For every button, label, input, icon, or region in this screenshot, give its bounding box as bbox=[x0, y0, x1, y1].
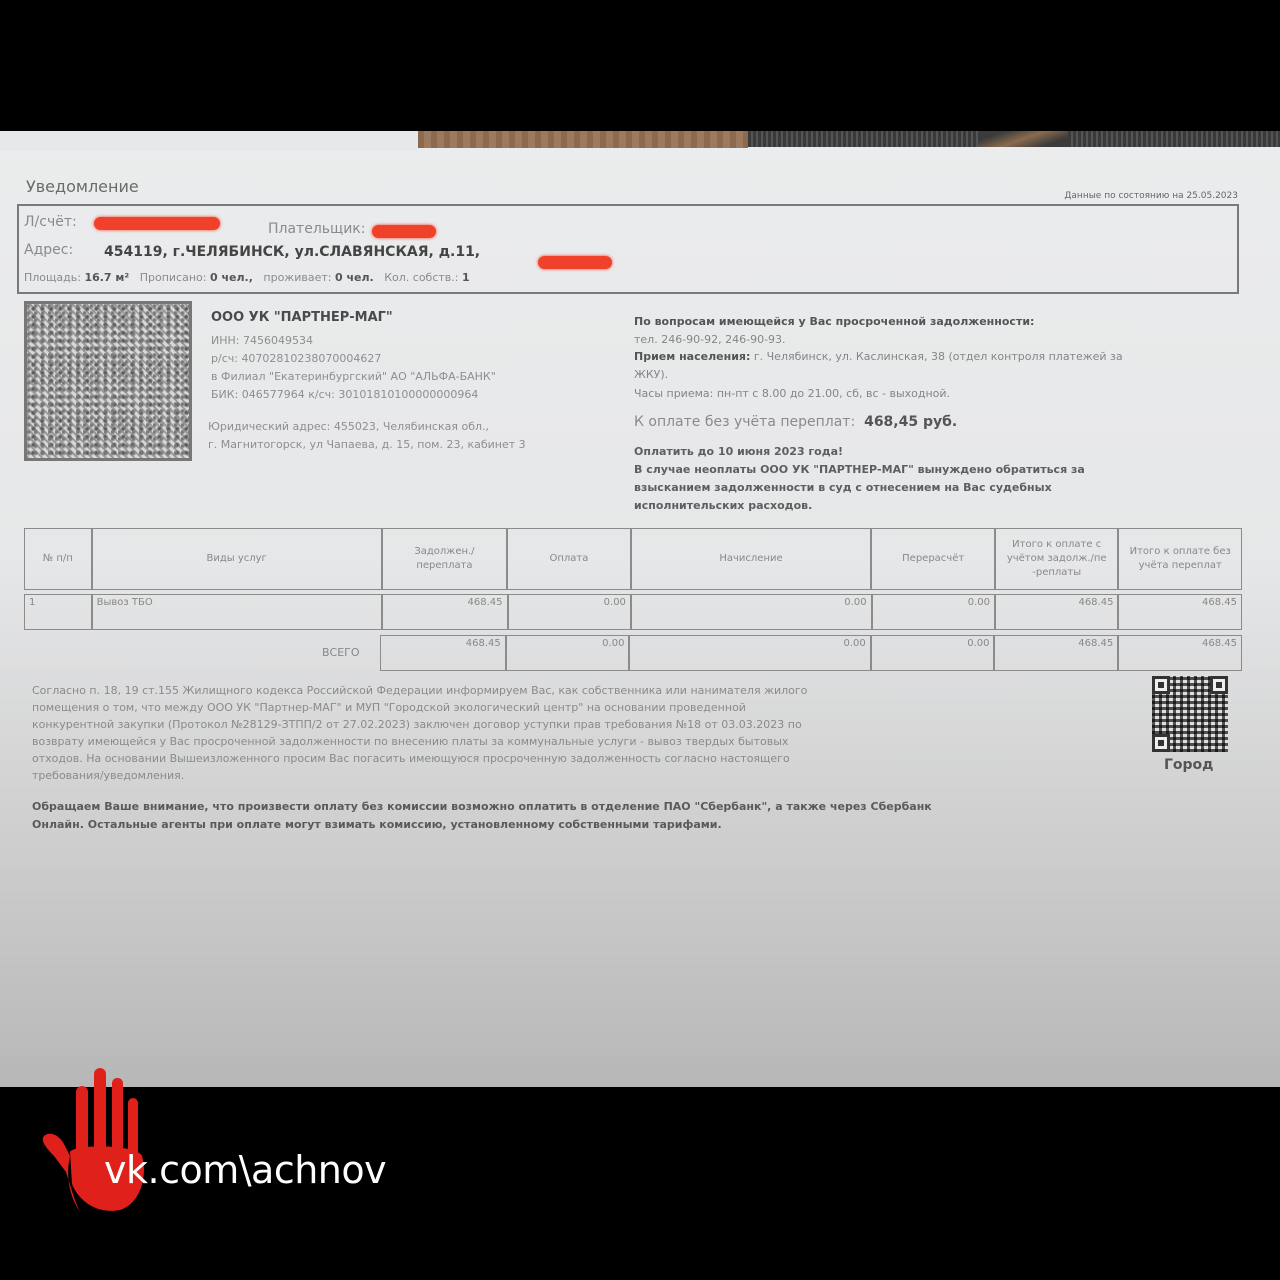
warning-line-1: В случае неоплаты ООО УК "ПАРТНЕР-МАГ" в… bbox=[634, 461, 1085, 479]
registered-label: Прописано: bbox=[140, 271, 207, 284]
watermark-link[interactable]: vk.com\achnov bbox=[104, 1148, 386, 1192]
total-with-debt: 468.45 bbox=[994, 635, 1118, 671]
reception-value: г. Челябинск, ул. Каслинская, 38 (отдел … bbox=[754, 350, 1123, 363]
note-line: Обращаем Ваше внимание, что произвести о… bbox=[32, 798, 1182, 816]
total-accrual: 0.00 bbox=[629, 635, 870, 671]
area-label: Площадь: bbox=[24, 271, 81, 284]
legal-line: Согласно п. 18, 19 ст.155 Жилищного коде… bbox=[32, 682, 1002, 699]
data-date: Данные по состоянию на 25.05.2023 bbox=[1064, 191, 1238, 201]
legal-notice: Согласно п. 18, 19 ст.155 Жилищного коде… bbox=[32, 682, 1002, 784]
area-value: 16.7 м² bbox=[84, 271, 129, 284]
owners-value: 1 bbox=[462, 271, 470, 284]
contact-phones: тел. 246-90-92, 246-90-93. bbox=[634, 332, 786, 347]
redacted-payer bbox=[372, 225, 436, 238]
total-without-overpay: 468.45 bbox=[1118, 635, 1242, 671]
legal-line: отходов. На основании Вышеизложенного пр… bbox=[32, 750, 1002, 767]
legal-line: конкурентной закупки (Протокол №28129-ЗТ… bbox=[32, 716, 1002, 733]
living-label: проживает: bbox=[263, 271, 331, 284]
cell-number: 1 bbox=[24, 594, 92, 630]
cell-service: Вывоз ТБО bbox=[92, 594, 382, 630]
cell-total-with-debt: 468.45 bbox=[995, 594, 1118, 630]
legal-address-2: г. Магнитогорск, ул Чапаева, д. 15, пом.… bbox=[208, 437, 526, 453]
reception-value-2: ЖКУ). bbox=[634, 367, 668, 382]
company-inn: ИНН: 7456049534 bbox=[211, 333, 313, 349]
amount-row: К оплате без учёта переплат: 468,45 руб. bbox=[634, 414, 957, 430]
col-total-with-debt: Итого к оплате с учётом задолж./пе -репл… bbox=[995, 528, 1118, 590]
cell-payment: 0.00 bbox=[508, 594, 631, 630]
warning-line-2: взысканием задолженности в суд с отнесен… bbox=[634, 479, 1052, 497]
living-value: 0 чел. bbox=[335, 271, 374, 284]
paper-edge bbox=[0, 131, 418, 151]
cell-debt: 468.45 bbox=[382, 594, 507, 630]
total-payment: 0.00 bbox=[506, 635, 630, 671]
col-recalc: Перерасчёт bbox=[871, 528, 995, 590]
reception-row: Прием населения: г. Челябинск, ул. Касли… bbox=[634, 349, 1123, 364]
commission-note: Обращаем Ваше внимание, что произвести о… bbox=[32, 798, 1182, 834]
reception-hours: Часы приема: пн-пт с 8.00 до 21.00, сб, … bbox=[634, 386, 950, 401]
company-name: ООО УК "ПАРТНЕР-МАГ" bbox=[211, 310, 393, 325]
col-accrual: Начисление bbox=[631, 528, 872, 590]
col-number: № п/п bbox=[24, 528, 92, 590]
account-label: Л/счёт: bbox=[24, 214, 77, 230]
legal-line: помещения о том, что между ООО УК "Партн… bbox=[32, 699, 1002, 716]
legal-line: возврату имеющейся у Вас просроченной за… bbox=[32, 733, 1002, 750]
amount-label: К оплате без учёта переплат: bbox=[634, 414, 855, 430]
total-debt: 468.45 bbox=[380, 635, 506, 671]
address-value: 454119, г.ЧЕЛЯБИНСК, ул.СЛАВЯНСКАЯ, д.11… bbox=[104, 244, 480, 260]
owners-label: Кол. собств.: bbox=[384, 271, 458, 284]
charges-table-body: 1 Вывоз ТБО 468.45 0.00 0.00 0.00 468.45… bbox=[24, 594, 1242, 630]
cell-total-without-overpay: 468.45 bbox=[1118, 594, 1242, 630]
payer-label: Плательщик: bbox=[268, 221, 365, 237]
charges-table-header: № п/п Виды услуг Задолжен./ переплата Оп… bbox=[24, 528, 1242, 590]
cell-accrual: 0.00 bbox=[631, 594, 872, 630]
document-photo: Уведомление Данные по состоянию на 25.05… bbox=[0, 131, 1280, 1087]
city-qr-code bbox=[1152, 676, 1228, 752]
wood-background bbox=[418, 131, 748, 148]
company-account: р/сч: 40702810238070004627 bbox=[211, 351, 381, 367]
company-bik: БИК: 046577964 к/сч: 3010181010000000096… bbox=[211, 387, 478, 403]
payment-deadline: Оплатить до 10 июня 2023 года! bbox=[634, 443, 843, 461]
reception-label: Прием населения: bbox=[634, 350, 750, 363]
document-title: Уведомление bbox=[26, 177, 139, 196]
company-bank: в Филиал "Екатеринбургский" АО "АЛЬФА-БА… bbox=[211, 369, 496, 385]
col-total-without-overpay: Итого к оплате без учёта переплат bbox=[1118, 528, 1242, 590]
address-label: Адрес: bbox=[24, 242, 73, 258]
legal-address-1: Юридический адрес: 455023, Челябинская о… bbox=[208, 419, 489, 435]
totals-row: 468.45 0.00 0.00 0.00 468.45 468.45 bbox=[380, 635, 1242, 671]
table-row: 1 Вывоз ТБО 468.45 0.00 0.00 0.00 468.45… bbox=[24, 594, 1242, 630]
col-service: Виды услуг bbox=[92, 528, 382, 590]
col-payment: Оплата bbox=[507, 528, 630, 590]
registered-value: 0 чел., bbox=[210, 271, 253, 284]
warning-line-3: исполнительских расходов. bbox=[634, 497, 812, 515]
charges-table-totals: 468.45 0.00 0.00 0.00 468.45 468.45 bbox=[380, 635, 1242, 671]
note-line: Онлайн. Остальные агенты при оплате могу… bbox=[32, 816, 1182, 834]
legal-line: требования/уведомления. bbox=[32, 767, 1002, 784]
total-recalc: 0.00 bbox=[871, 635, 995, 671]
dark-background bbox=[748, 131, 1280, 147]
redacted-apartment bbox=[538, 256, 612, 269]
total-label: ВСЕГО bbox=[322, 646, 360, 659]
qr-caption: Город bbox=[1164, 757, 1214, 773]
col-debt: Задолжен./ переплата bbox=[382, 528, 508, 590]
payment-qr-code bbox=[24, 301, 192, 461]
cell-recalc: 0.00 bbox=[872, 594, 995, 630]
area-row: Площадь: 16.7 м² Прописано: 0 чел., прож… bbox=[24, 271, 470, 284]
redacted-account bbox=[94, 217, 220, 230]
amount-value: 468,45 руб. bbox=[864, 414, 957, 430]
contact-heading: По вопросам имеющейся у Вас просроченной… bbox=[634, 315, 1034, 328]
